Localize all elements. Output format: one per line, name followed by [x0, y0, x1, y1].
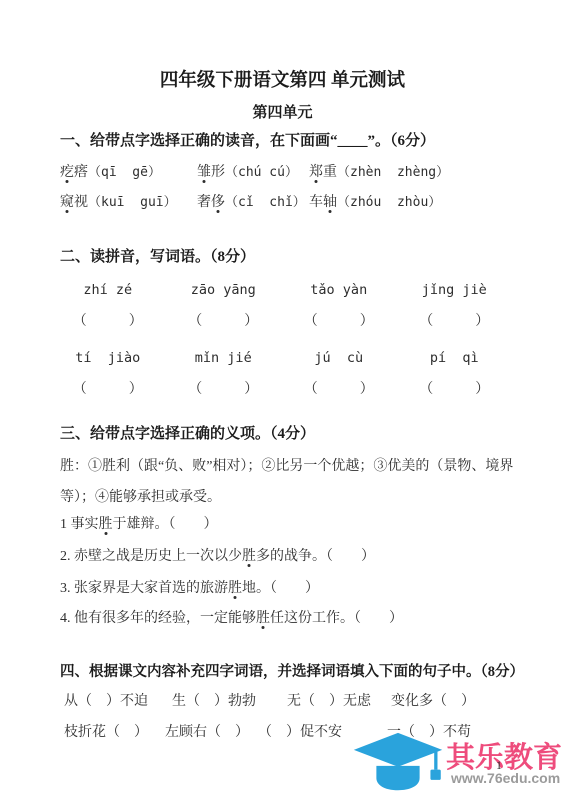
word-pinyin: （qī gē） [88, 165, 161, 180]
word-pinyin: （zhèn zhèng） [337, 165, 449, 180]
pinyin-write-cell: jǐng jiè（ ） [397, 274, 513, 338]
section-2-heading: 二、读拼音，写词语。（8分） [60, 245, 255, 266]
pinyin-write-cell: zhí zé（ ） [50, 274, 166, 338]
answer-blank: （ ） [397, 374, 513, 406]
pinyin-label: mǐn jié [166, 342, 282, 374]
word-text: 车轴 [309, 195, 337, 210]
pinyin-label: tí jiào [50, 342, 166, 374]
section-4-row-1: 从（ ）不迫 生（ ）勃勃 无（ ）无虑 变化多（ ） [60, 690, 540, 712]
idiom-item: （ ）促不安 [258, 721, 342, 741]
pinyin-write-grid: zhí zé（ ） zāo yāng（ ） tǎo yàn（ ） jǐng ji… [50, 274, 512, 406]
section-1-heading: 一、给带点字选择正确的读音，在下面画“____”。（6分） [60, 129, 435, 150]
pinyin-write-cell: mǐn jié（ ） [166, 342, 282, 406]
idiom-item: 左顾右（ ） [165, 721, 249, 741]
pinyin-write-cell: jú cù（ ） [281, 342, 397, 406]
word-pinyin: （kuī guī） [88, 195, 177, 210]
graduation-cap-icon [351, 731, 445, 795]
sentence-item: 4. 他有很多年的经验，一定能够胜任这份工作。（ ） [60, 607, 403, 627]
answer-blank: （ ） [166, 306, 282, 338]
page-title: 四年级下册语文第四 单元测试 [0, 66, 565, 92]
word-item: 疙瘩（qī gē） [60, 161, 161, 181]
page-subtitle: 第四单元 [0, 101, 565, 122]
sentence-item: 2. 赤壁之战是历史上一次以少胜多的战争。（ ） [60, 545, 375, 565]
pinyin-label: zāo yāng [166, 274, 282, 306]
pinyin-write-cell: tí jiào（ ） [50, 342, 166, 406]
section-1-row-1: 疙瘩（qī gē） 雏形（chú cú） 郑重（zhèn zhèng） [60, 161, 530, 183]
word-item: 雏形（chú cú） [197, 161, 298, 181]
pinyin-write-cell: tǎo yàn（ ） [281, 274, 397, 338]
answer-blank: （ ） [50, 374, 166, 406]
section-3-heading: 三、给带点字选择正确的义项。（4分） [60, 422, 315, 443]
word-item: 奢侈（cǐ chǐ） [197, 191, 306, 211]
pinyin-label: zhí zé [50, 274, 166, 306]
answer-blank: （ ） [281, 374, 397, 406]
word-text: 郑重 [309, 165, 337, 180]
pinyin-write-cell: zāo yāng（ ） [166, 274, 282, 338]
idiom-item: 生（ ）勃勃 [172, 690, 256, 710]
answer-blank: （ ） [166, 374, 282, 406]
idiom-item: 变化多（ ） [391, 690, 475, 710]
answer-blank: （ ） [50, 306, 166, 338]
answer-blank: （ ） [281, 306, 397, 338]
sentence-item: 3. 张家界是大家首选的旅游胜地。（ ） [60, 577, 319, 597]
pinyin-label: pí qì [397, 342, 513, 374]
pinyin-label: jú cù [281, 342, 397, 374]
word-text: 疙瘩 [60, 165, 88, 180]
word-item: 窥视（kuī guī） [60, 191, 177, 211]
word-pinyin: （chú cú） [225, 165, 298, 180]
page-number: 1 [496, 758, 502, 773]
pinyin-label: tǎo yàn [281, 274, 397, 306]
word-pinyin: （zhóu zhòu） [337, 195, 441, 210]
word-item: 车轴（zhóu zhòu） [309, 191, 441, 211]
section-4-heading: 四、根据课文内容补充四字词语，并选择词语填入下面的句子中。（8分） [60, 660, 524, 681]
word-item: 郑重（zhèn zhèng） [309, 161, 449, 181]
definition-text: 胜：①胜利（跟“负、败”相对）；②比另一个优越；③优美的（景物、境界等）；④能够… [60, 451, 518, 513]
sentence-item: 1 事实胜于雄辩。（ ） [60, 513, 218, 533]
answer-blank: （ ） [397, 306, 513, 338]
pinyin-label: jǐng jiè [397, 274, 513, 306]
section-1-row-2: 窥视（kuī guī） 奢侈（cǐ chǐ） 车轴（zhóu zhòu） [60, 191, 530, 213]
word-text: 窥视 [60, 195, 88, 210]
brand-url: www.76edu.com [451, 770, 560, 786]
idiom-item: 从（ ）不迫 [64, 690, 148, 710]
word-text: 奢侈 [197, 195, 225, 210]
word-text: 雏形 [197, 165, 225, 180]
pinyin-write-cell: pí qì（ ） [397, 342, 513, 406]
worksheet-page: 四年级下册语文第四 单元测试 第四单元 一、给带点字选择正确的读音，在下面画“_… [0, 0, 565, 800]
word-pinyin: （cǐ chǐ） [225, 195, 306, 210]
idiom-item: 枝折花（ ） [64, 721, 148, 741]
idiom-item: 无（ ）无虑 [287, 690, 371, 710]
